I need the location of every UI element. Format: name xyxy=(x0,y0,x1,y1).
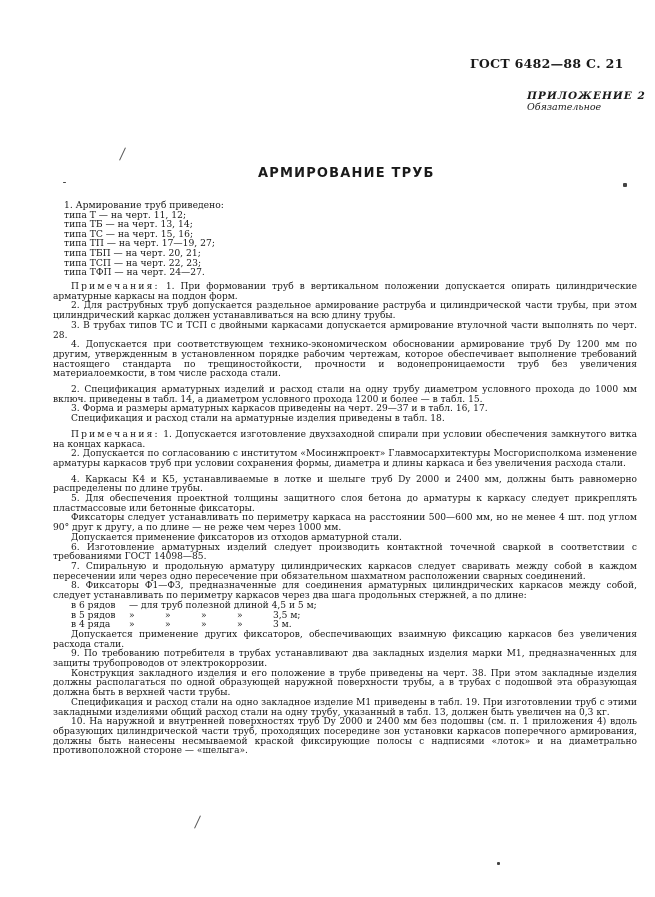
item-8: 8. Фиксаторы Ф1—Ф3, предназначенные для … xyxy=(53,582,637,601)
appendix-title: ПРИЛОЖЕНИЕ 2 xyxy=(527,90,646,102)
notes-label: Примечания: xyxy=(71,430,160,440)
item-9-design: Конструкция закладного изделия и его пол… xyxy=(53,670,637,699)
scan-mark xyxy=(119,147,126,160)
appendix-status: Обязательное xyxy=(527,102,601,113)
item-10: 10. На наружной и внутренней поверхностя… xyxy=(53,718,637,757)
notes-2-item-1: Примечания: 1. Допускается изготовление … xyxy=(53,431,637,450)
notes-1-item-3: 3. В трубах типов ТС и ТСП с двойными ка… xyxy=(53,322,637,341)
page-header: ГОСТ 6482—88 С. 21 xyxy=(470,56,624,71)
item-4: 4. Каркасы К4 и К5, устанавливаемые в ло… xyxy=(53,476,637,495)
notes-2-item-2: 2. Допускается по согласованию с институ… xyxy=(53,450,637,469)
item-9: 9. По требованию потребителя в трубах ус… xyxy=(53,650,637,669)
notes-1-item-1: Примечания: 1. При формовании труб в вер… xyxy=(53,283,637,302)
fixator-rows: в 6 рядов — для труб полезной длиной 4,5… xyxy=(71,602,637,631)
document-body: Примечания: 1. При формовании труб в вер… xyxy=(53,283,637,757)
scan-speck xyxy=(497,862,500,865)
item-6: 6. Изготовление арматурных изделий следу… xyxy=(53,544,637,563)
fixator-row: в 5 рядов » » » » 3,5 м; xyxy=(71,612,637,622)
item-9-spec: Спецификация и расход стали на одно закл… xyxy=(53,699,637,718)
notes-1-item-2: 2. Для раструбных труб допускается разде… xyxy=(53,302,637,321)
item-5: 5. Для обеспечения проектной толщины защ… xyxy=(53,495,637,514)
notes-1-item-4: 4. Допускается при соответствующем техни… xyxy=(53,341,637,380)
fixator-row: в 6 рядов — для труб полезной длиной 4,5… xyxy=(71,602,637,612)
item-3-spec: Спецификация и расход стали на арматурны… xyxy=(53,415,637,425)
document-title: АРМИРОВАНИЕ ТРУБ xyxy=(258,166,435,181)
item-8-other: Допускается применение других фиксаторов… xyxy=(53,631,637,650)
item-5-fixators: Фиксаторы следует устанавливать по перим… xyxy=(53,514,637,533)
pipe-types-list: 1. Армирование труб приведено: типа Т — … xyxy=(64,201,224,278)
item-2: 2. Спецификация арматурных изделий и рас… xyxy=(53,386,637,405)
item-7: 7. Спиральную и продольную арматуру цили… xyxy=(53,563,637,582)
scan-speck xyxy=(63,182,66,183)
scan-mark xyxy=(194,815,201,828)
scan-speck xyxy=(623,183,627,187)
notes-label: Примечания: xyxy=(71,282,160,292)
pipe-type-item: типа ТФП — на черт. 24—27. xyxy=(64,268,224,278)
